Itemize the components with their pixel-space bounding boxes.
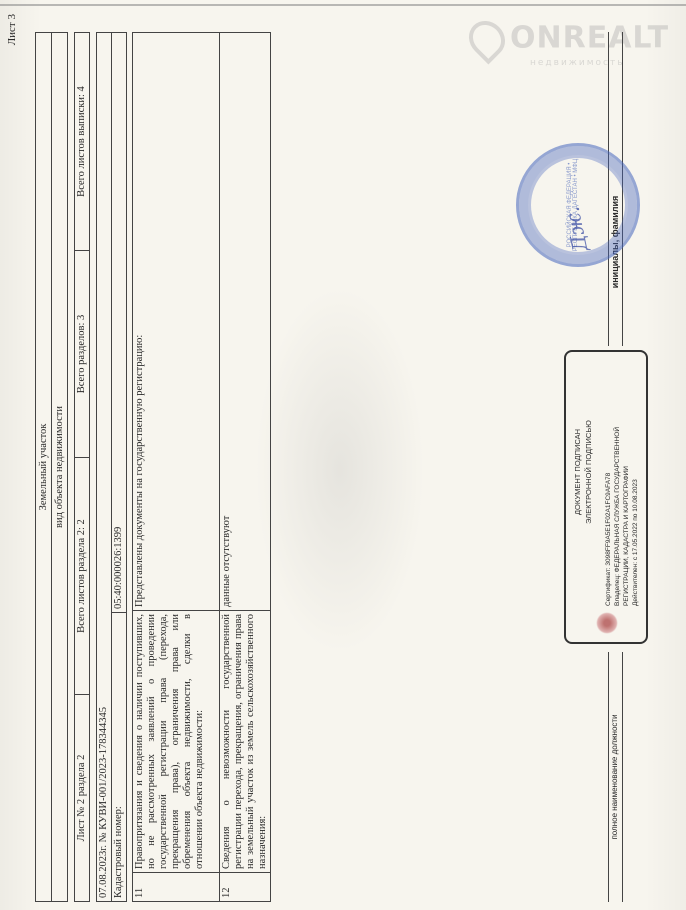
registry-form: Земельный участок вид объекта недвижимос… xyxy=(35,32,271,902)
extract-number: 07.08.2023г. № КУВИ-001/2023-178344345 xyxy=(97,33,111,901)
e-sign-title-2: ЭЛЕКТРОННОЙ ПОДПИСЬЮ xyxy=(584,420,593,524)
signature-block: полное наименование должности ДОКУМЕНТ П… xyxy=(546,32,636,902)
e-sign-owner: Владелец: ФЕДЕРАЛЬНАЯ СЛУЖБА ГОСУДАРСТВЕ… xyxy=(613,356,622,606)
row-number: 12 xyxy=(220,873,270,901)
rights-table: 11 Правопритязания и сведения о наличии … xyxy=(132,32,271,902)
row-label: Правопритязания и сведения о наличии пос… xyxy=(133,611,219,873)
coat-of-arms-icon xyxy=(596,612,618,634)
e-sign-details: Сертификат: 3098FF9A5E1F02A1FC9AFA78 Вла… xyxy=(604,356,640,606)
table-row: 12 Сведения о невозможности государствен… xyxy=(220,32,271,902)
table-row: 11 Правопритязания и сведения о наличии … xyxy=(133,32,220,902)
e-sign-title: ДОКУМЕНТ ПОДПИСАН ЭЛЕКТРОННОЙ ПОДПИСЬЮ xyxy=(572,372,594,572)
e-sign-title-1: ДОКУМЕНТ ПОДПИСАН xyxy=(573,429,582,515)
row-value: Представлены документы на государственну… xyxy=(133,33,219,611)
object-type-caption: вид объекта недвижимости xyxy=(51,32,68,902)
total-sheets: Всего листов выписки: 4 xyxy=(75,33,89,251)
total-sections: Всего разделов: 3 xyxy=(75,251,89,458)
cadastral-number: 05:40:000026:1399 xyxy=(112,33,126,613)
object-type: Земельный участок xyxy=(35,32,51,902)
cadastral-label: Кадастровый номер: xyxy=(112,613,126,901)
position-line-lower xyxy=(622,652,623,902)
document-page: Лист 3 Земельный участок вид объекта нед… xyxy=(0,0,686,910)
sheet-label: Лист 3 xyxy=(6,14,18,45)
e-signature-stamp: ДОКУМЕНТ ПОДПИСАН ЭЛЕКТРОННОЙ ПОДПИСЬЮ С… xyxy=(564,350,648,644)
row-label: Сведения о невозможности государственной… xyxy=(220,611,270,873)
cadastral-row: Кадастровый номер: 05:40:000026:1399 xyxy=(112,32,127,902)
e-sign-validity: Действителен: с 17.05.2022 по 10.08.2023 xyxy=(631,356,640,606)
sheets-in-section: Всего листов раздела 2: 2 xyxy=(75,458,89,695)
e-sign-owner-2: РЕГИСТРАЦИИ, КАДАСТРА И КАРТОГРАФИИ xyxy=(622,356,631,606)
position-caption: полное наименование должности xyxy=(610,652,619,902)
e-sign-certificate: Сертификат: 3098FF9A5E1F02A1FC9AFA78 xyxy=(604,356,613,606)
position-line xyxy=(608,652,609,902)
row-value: данные отсутствуют xyxy=(220,33,270,611)
extract-number-row: 07.08.2023г. № КУВИ-001/2023-178344345 xyxy=(96,32,112,902)
section-header-row: Лист № 2 раздела 2 Всего листов раздела … xyxy=(74,32,90,902)
row-number: 11 xyxy=(133,873,219,901)
sheet-of-section: Лист № 2 раздела 2 xyxy=(75,695,89,901)
